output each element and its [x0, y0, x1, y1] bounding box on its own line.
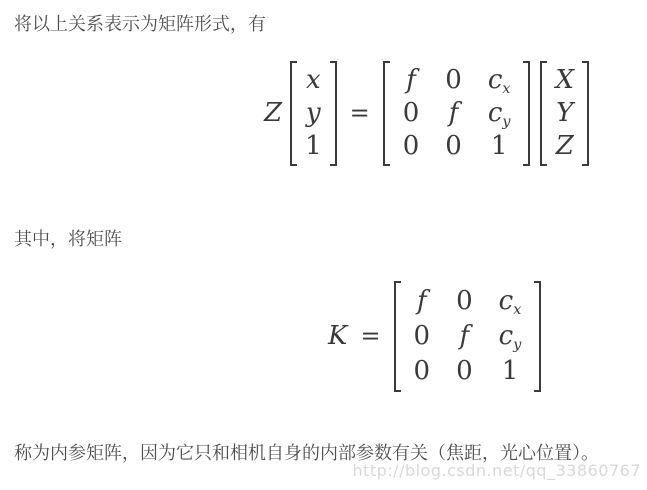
matrix-cell: f: [460, 319, 470, 354]
matrix-cell: 0: [445, 64, 462, 97]
vector-entry: y: [305, 97, 322, 130]
vector-xyz: X Y Z: [540, 61, 589, 166]
matrix-cell: 1: [502, 354, 519, 389]
right-bracket: [534, 281, 541, 392]
left-bracket: [394, 281, 401, 392]
vector-entry: X: [555, 64, 574, 97]
left-bracket: [383, 61, 390, 166]
vector-xy1: x y 1: [290, 61, 337, 166]
matrix-cell: 0: [414, 319, 431, 354]
matrix-cell: f: [406, 64, 416, 97]
matrix-cell: 0: [456, 354, 473, 389]
matrix-cell: f: [417, 284, 427, 319]
intrinsic-matrix: f 0 cx 0 f cy 0 0 1: [383, 61, 531, 166]
article-page: 将以上关系表示为矩阵形式，有 Z x y 1 = f 0 cx 0 f cy 0: [0, 0, 647, 490]
left-bracket: [540, 61, 547, 166]
csdn-url-watermark: http://blog.csdn.net/qq_33860767: [352, 461, 641, 480]
paragraph-middle: 其中，将矩阵: [14, 227, 122, 253]
vector-entry: Z: [555, 130, 574, 163]
matrix-cell: cy: [488, 97, 511, 130]
left-bracket: [290, 61, 297, 166]
paragraph-intro: 将以上关系表示为矩阵形式，有: [14, 12, 266, 38]
equals-sign: =: [360, 322, 380, 350]
matrix-cell: 0: [456, 284, 473, 319]
matrix-cell: 1: [491, 130, 508, 163]
intrinsic-matrix: f 0 cx 0 f cy 0 0 1: [394, 281, 542, 392]
vector-entry: Y: [555, 97, 574, 130]
matrix-cell: 0: [445, 130, 462, 163]
right-bracket: [330, 61, 337, 166]
matrix-cell: cx: [488, 64, 511, 97]
vector-entry: 1: [305, 130, 322, 163]
coefficient-z: Z: [264, 98, 282, 128]
equation-k-definition: K = f 0 cx 0 f cy 0 0 1: [328, 280, 541, 392]
matrix-cell: 0: [403, 97, 420, 130]
right-bracket: [582, 61, 589, 166]
matrix-cell: cx: [499, 284, 522, 319]
vector-entry: x: [305, 64, 322, 97]
equation-projection: Z x y 1 = f 0 cx 0 f cy 0 0 1: [264, 60, 589, 166]
right-bracket: [523, 61, 530, 166]
matrix-cell: 0: [403, 130, 420, 163]
matrix-cell: cy: [499, 319, 522, 354]
equals-sign: =: [350, 99, 370, 127]
matrix-cell: 0: [414, 354, 431, 389]
matrix-k-label: K: [328, 321, 347, 351]
matrix-cell: f: [449, 97, 459, 130]
